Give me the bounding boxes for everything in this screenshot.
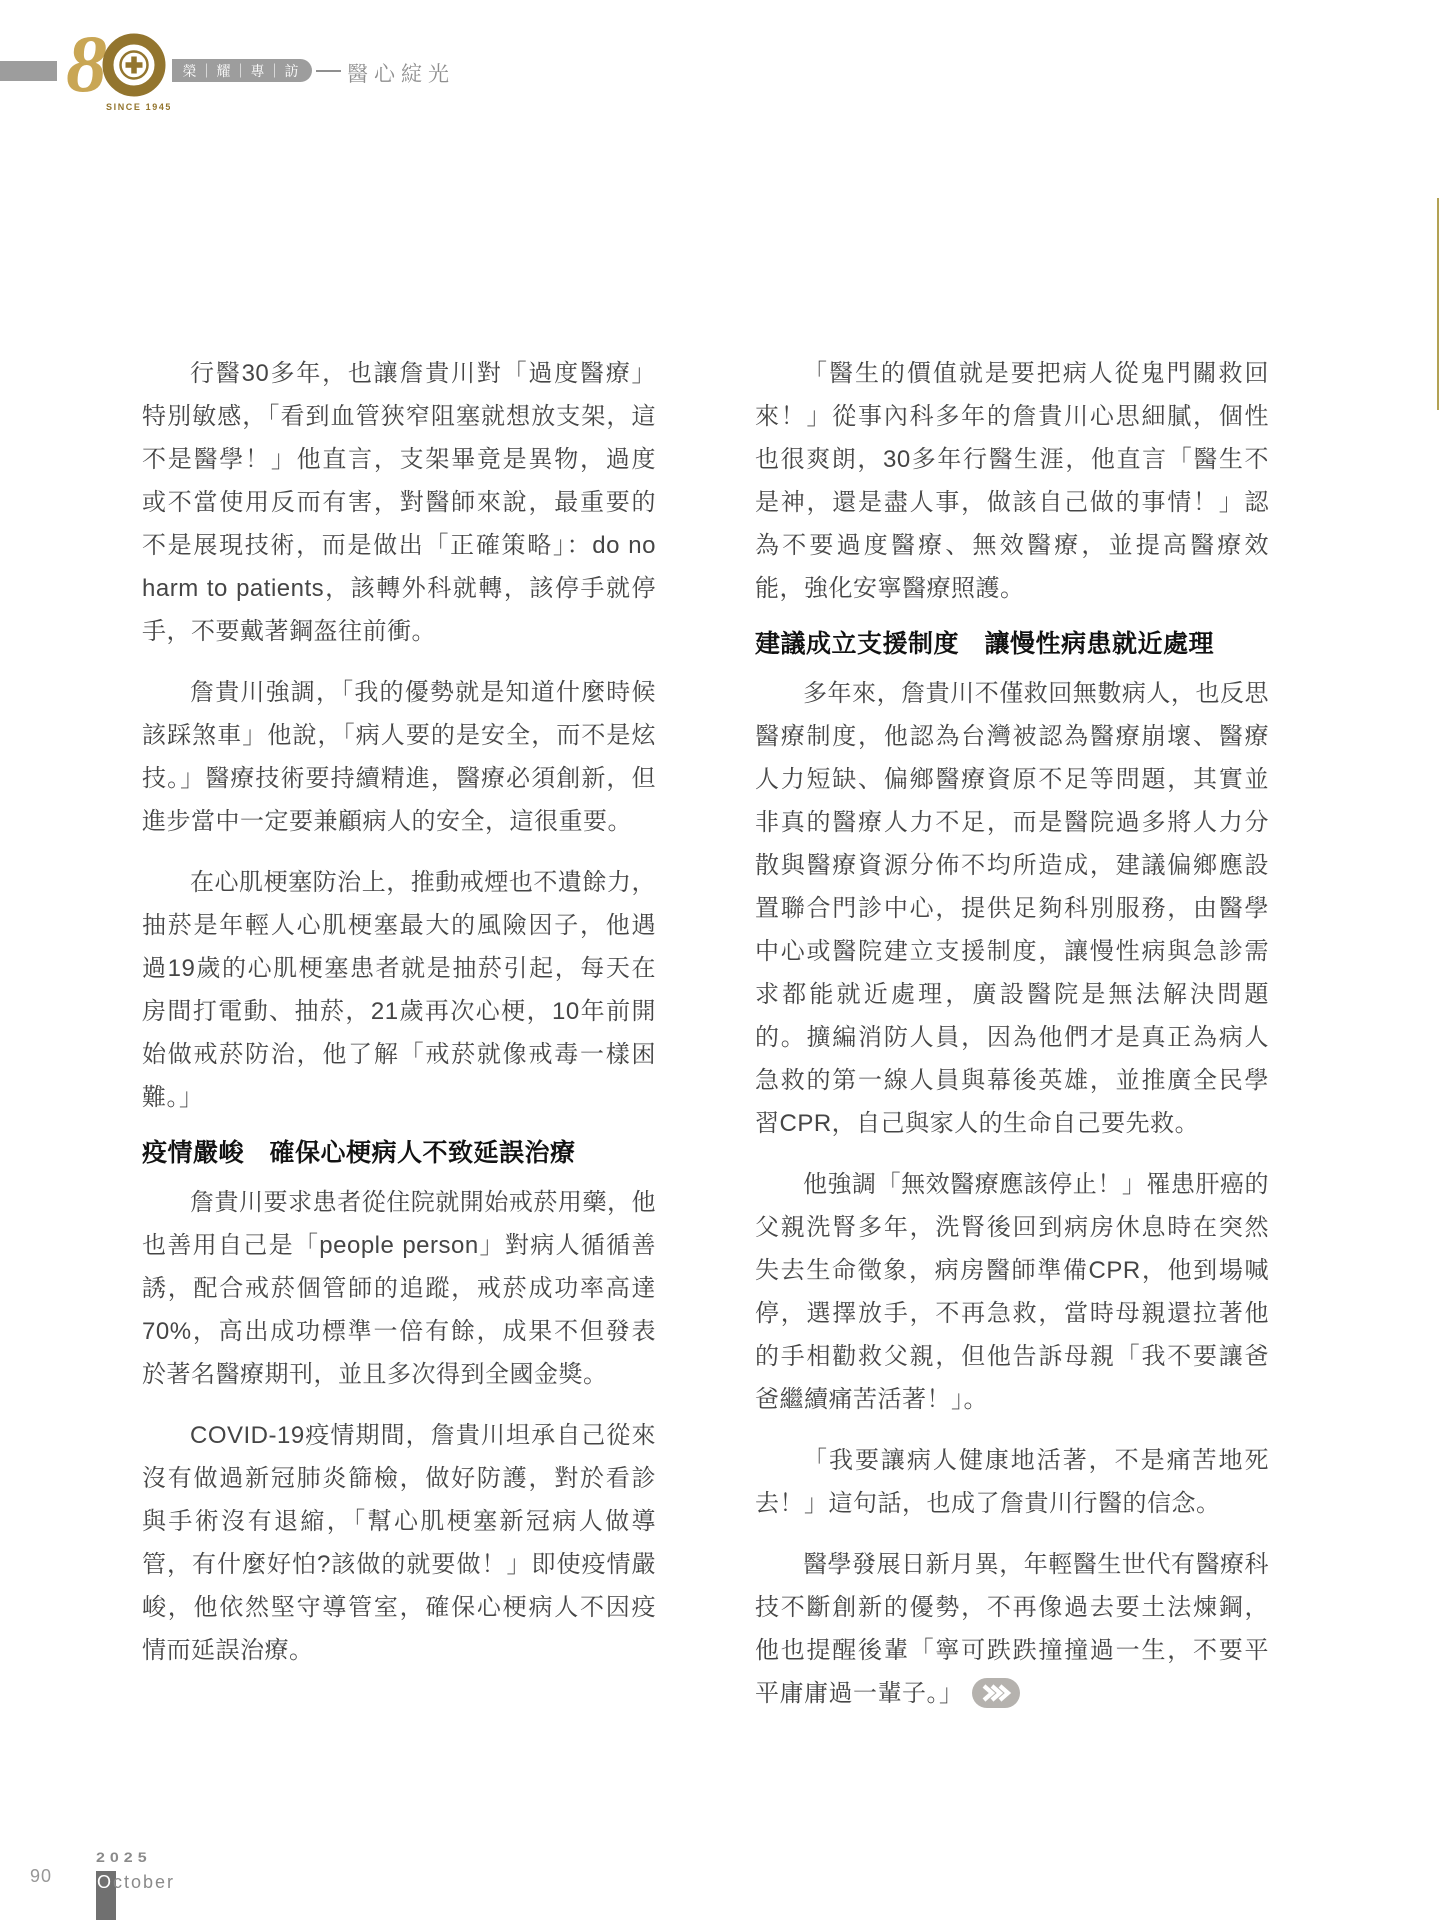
section-heading: 建議成立支援制度 讓慢性病患就近處理 xyxy=(755,628,1269,660)
paragraph: 醫學發展日新月異，年輕醫生世代有醫療科技不斷創新的優勢，不再像過去要土法煉鋼，他… xyxy=(755,1543,1269,1715)
paragraph: COVID-19疫情期間，詹貴川坦承自己從來沒有做過新冠肺炎篩檢，做好防護，對於… xyxy=(142,1414,656,1672)
article-left-column: 行醫30多年，也讓詹貴川對「過度醫療」特別敏感，「看到血管狹窄阻塞就想放支架，這… xyxy=(142,352,656,1690)
series-title: 醫心綻光 xyxy=(347,58,455,88)
paragraph: 多年來，詹貴川不僅救回無數病人，也反思醫療制度，他認為台灣被認為醫療崩壞、醫療人… xyxy=(755,672,1269,1145)
column-badge: 榮｜耀｜專｜訪 xyxy=(172,59,312,82)
magazine-page: 8 SINCE 1945 榮｜耀｜專｜訪 醫心綻光 行醫30多年，也讓詹貴川對「… xyxy=(0,0,1440,1920)
page-edge-accent-line xyxy=(1437,198,1439,410)
header-left-gray-bar xyxy=(0,61,57,81)
section-heading: 疫情嚴峻 確保心梗病人不致延誤治療 xyxy=(142,1137,656,1169)
logo-since-text: SINCE 1945 xyxy=(106,102,170,112)
paragraph: 行醫30多年，也讓詹貴川對「過度醫療」特別敏感，「看到血管狹窄阻塞就想放支架，這… xyxy=(142,352,656,653)
article-right-column: 「醫生的價值就是要把病人從鬼門關救回來！」從事內科多年的詹貴川心思細膩，個性也很… xyxy=(755,352,1269,1733)
paragraph: 詹貴川要求患者從住院就開始戒菸用藥，他也善用自己是「people person」… xyxy=(142,1181,656,1396)
paragraph: 「我要讓病人健康地活著，不是痛苦地死去！」這句話，也成了詹貴川行醫的信念。 xyxy=(755,1439,1269,1525)
header-dash-divider xyxy=(316,70,341,72)
footer-year: 2025 xyxy=(96,1851,152,1866)
paragraph: 他強調「無效醫療應該停止！」罹患肝癌的父親洗腎多年，洗腎後回到病房休息時在突然失… xyxy=(755,1163,1269,1421)
paragraph: 詹貴川強調，「我的優勢就是知道什麼時候該踩煞車」他說，「病人要的是安全，而不是炫… xyxy=(142,671,656,843)
anniversary-80-logo-icon: 8 SINCE 1945 xyxy=(66,25,170,113)
footer-month: October xyxy=(97,1872,175,1893)
paragraph: 在心肌梗塞防治上，推動戒煙也不遺餘力，抽菸是年輕人心肌梗塞最大的風險因子，他遇過… xyxy=(142,861,656,1119)
paragraph: 「醫生的價值就是要把病人從鬼門關救回來！」從事內科多年的詹貴川心思細膩，個性也很… xyxy=(755,352,1269,610)
page-number: 90 xyxy=(30,1866,52,1887)
badge-label: 榮｜耀｜專｜訪 xyxy=(183,61,302,81)
svg-text:8: 8 xyxy=(66,25,107,109)
end-of-article-chevrons-icon xyxy=(972,1678,1020,1708)
